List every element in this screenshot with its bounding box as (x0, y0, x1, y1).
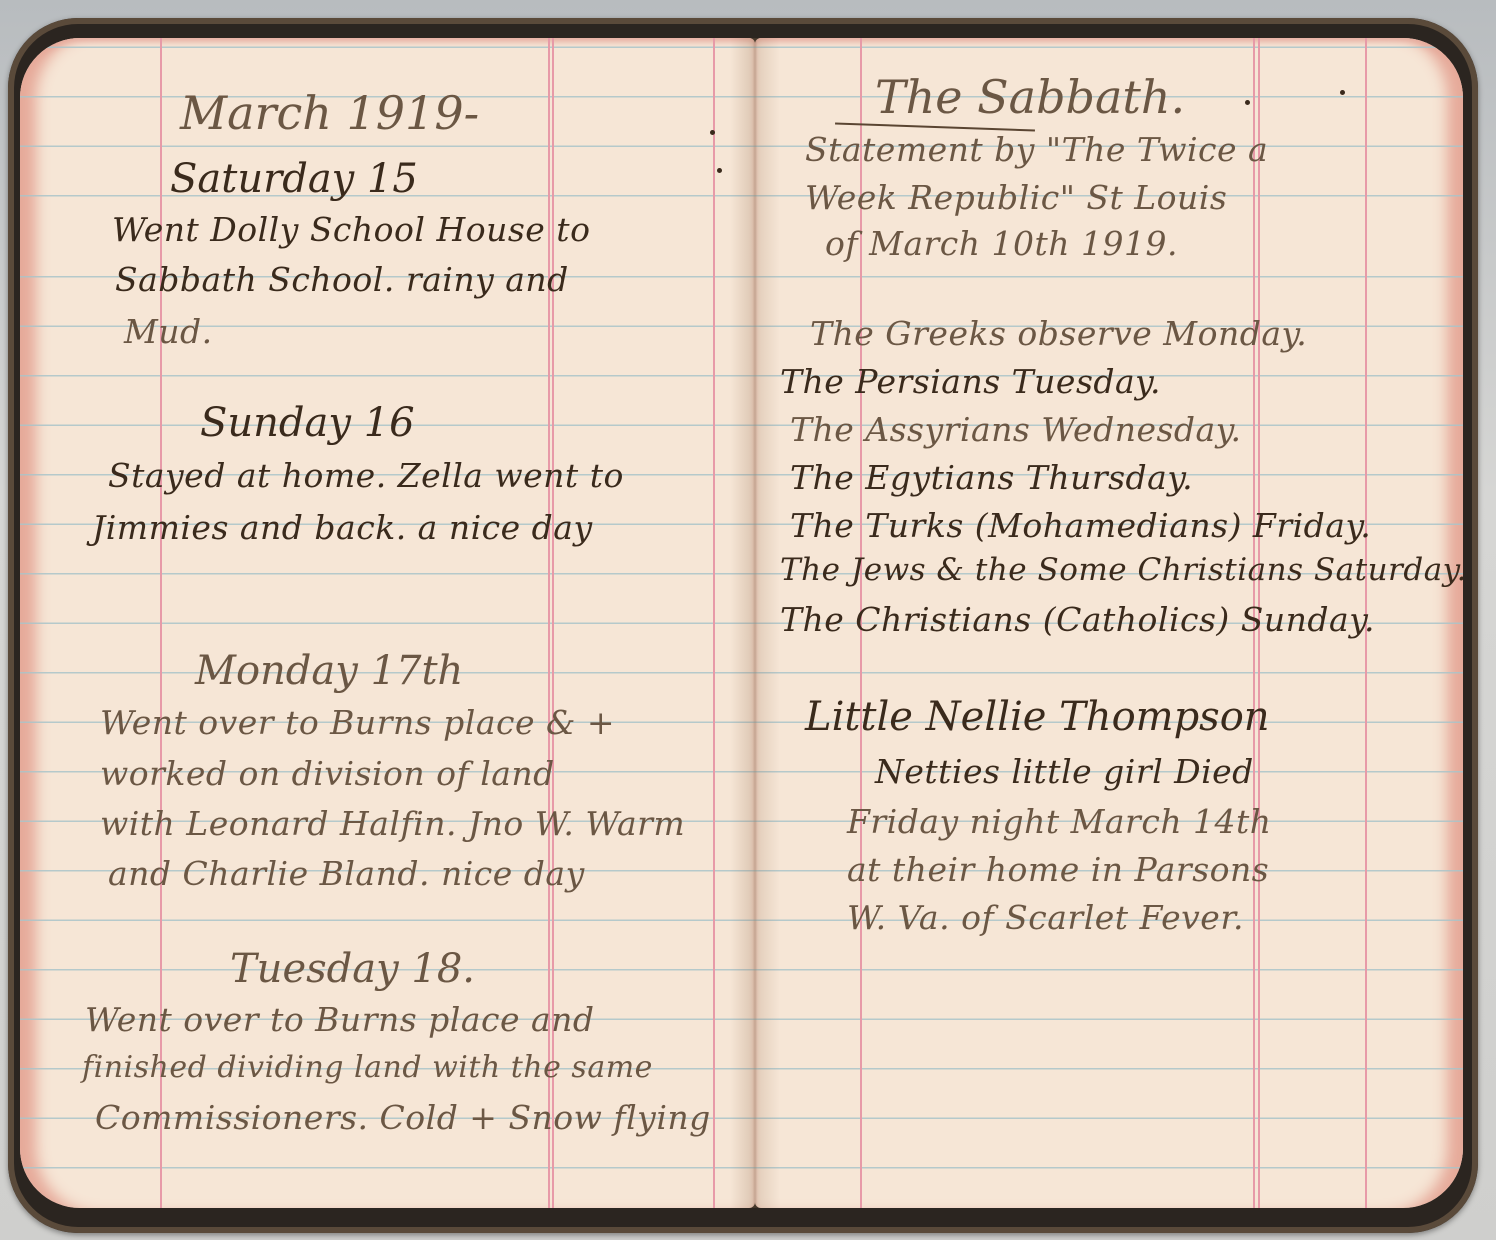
source-line: of March 10th 1919. (825, 224, 1178, 263)
observance-line: The Christians (Catholics) Sunday. (780, 600, 1375, 639)
obituary-line: Friday night March 14th (847, 802, 1272, 841)
obituary-line: at their home in Parsons (847, 850, 1269, 889)
entry-day: Tuesday 18. (230, 946, 475, 992)
column-line (713, 38, 715, 1208)
observance-line: The Egytians Thursday. (790, 458, 1193, 497)
observance-line: The Assyrians Wednesday. (790, 410, 1241, 449)
entry-line: Mud. (124, 312, 213, 351)
obituary-line: W. Va. of Scarlet Fever. (847, 898, 1244, 937)
entry-line: Sabbath School. rainy and (115, 260, 569, 299)
ink-dot (1245, 100, 1250, 105)
observance-line: The Greeks observe Monday. (810, 314, 1307, 353)
left-page: March 1919- Saturday 15 Went Dolly Schoo… (20, 38, 755, 1208)
entry-day: Monday 17th (195, 648, 463, 694)
entry-line: worked on division of land (100, 754, 555, 793)
entry-line: Stayed at home. Zella went to (108, 456, 624, 495)
obituary-line: Netties little girl Died (875, 752, 1254, 791)
source-line: Statement by "The Twice a (805, 130, 1268, 169)
ink-dot (710, 130, 715, 135)
entry-line: with Leonard Halfin. Jno W. Warm (100, 804, 685, 843)
observance-line: The Persians Tuesday. (780, 362, 1161, 401)
entry-day: Sunday 16 (200, 400, 415, 446)
entry-line: Went Dolly School House to (112, 210, 590, 249)
observance-line: The Jews & the Some Christians Saturday. (780, 552, 1463, 588)
obituary-name: Little Nellie Thompson (805, 694, 1270, 740)
entry-line: Commissioners. Cold + Snow flying (95, 1098, 711, 1137)
source-line: Week Republic" St Louis (805, 178, 1227, 217)
entry-day: Saturday 15 (170, 156, 418, 202)
ink-dot (717, 168, 722, 173)
month-heading: March 1919- (180, 86, 479, 140)
sabbath-heading: The Sabbath. (875, 70, 1185, 124)
observance-line: The Turks (Mohamedians) Friday. (790, 506, 1371, 545)
entry-line: and Charlie Bland. nice day (108, 854, 585, 893)
entry-line: Jimmies and back. a nice day (92, 508, 593, 547)
page-gutter (730, 38, 780, 1208)
entry-line: finished dividing land with the same (82, 1050, 653, 1085)
entry-line: Went over to Burns place and (85, 1000, 595, 1039)
ink-dot (1340, 90, 1345, 95)
entry-line: Went over to Burns place & + (100, 703, 615, 742)
right-page: The Sabbath. Statement by "The Twice a W… (755, 38, 1463, 1208)
